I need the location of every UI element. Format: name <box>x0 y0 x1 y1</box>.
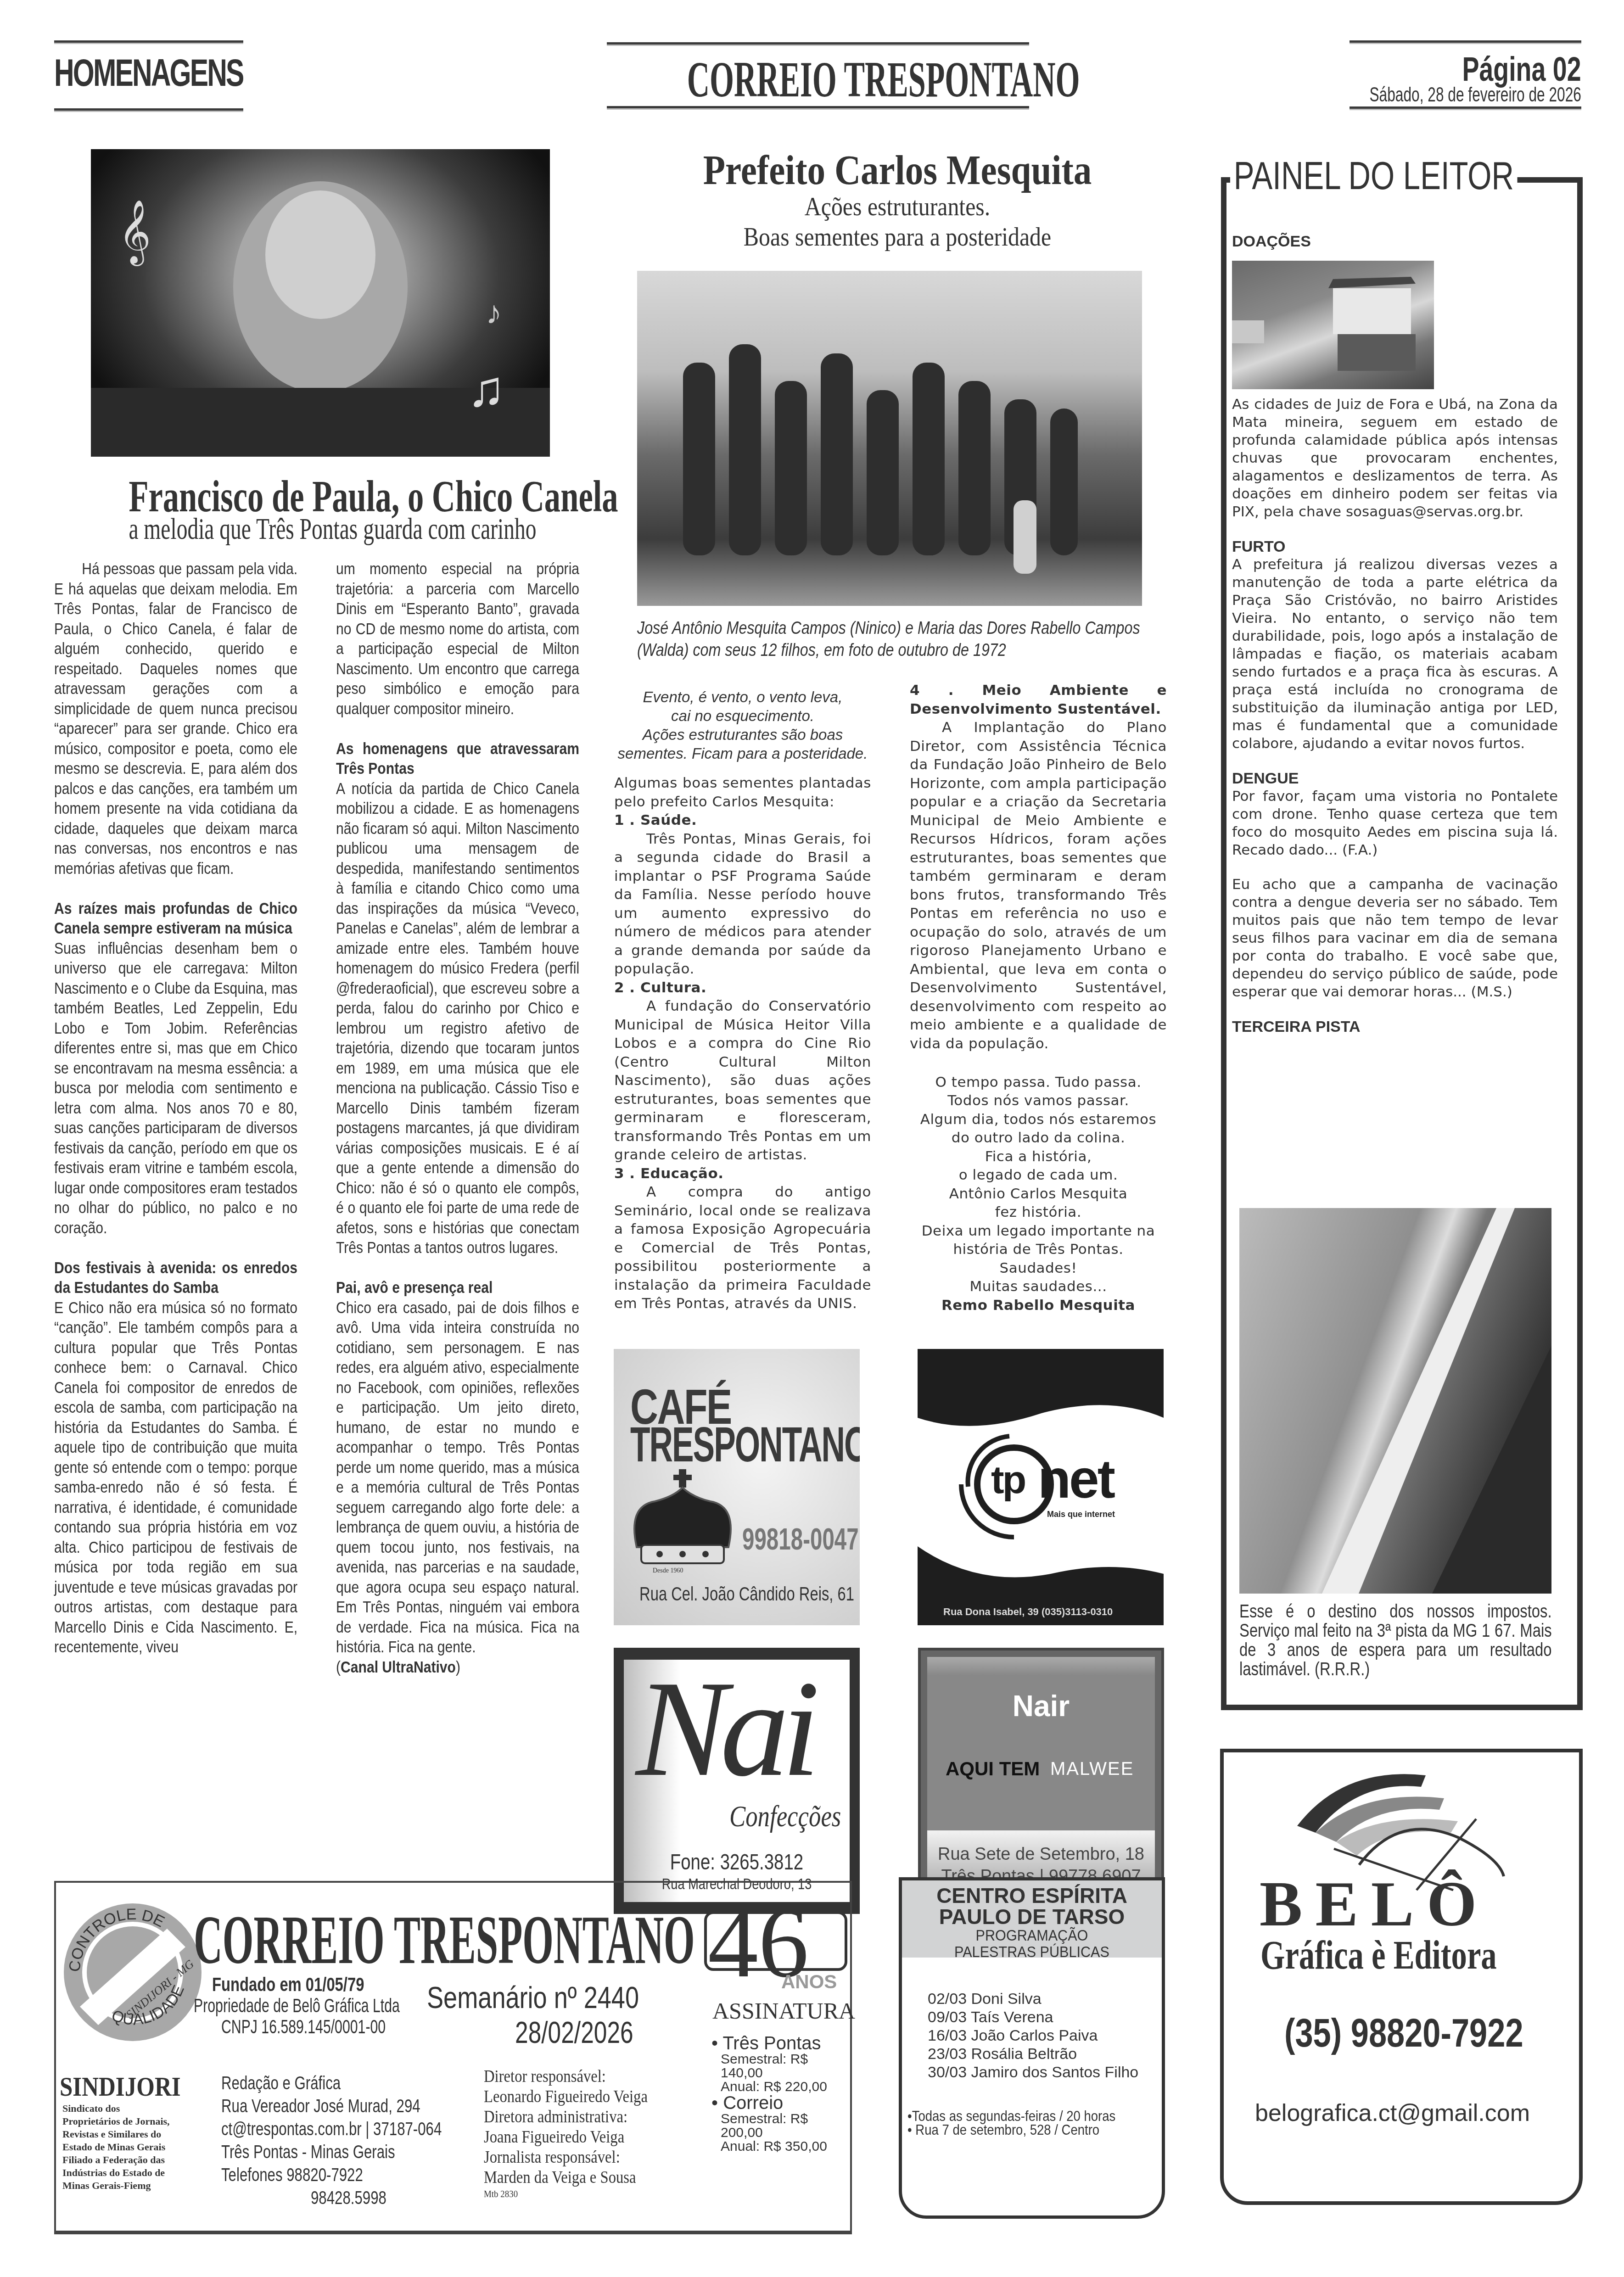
centro-subtitle-1: PROGRAMAÇÃO <box>915 1927 1148 1944</box>
schedule-item: 30/03 Jamiro dos Santos Filho <box>928 2063 1162 2081</box>
painel-text-terceira-pista: Esse é o destino dos nossos impostos. Se… <box>1239 1602 1552 1679</box>
nair-address: Rua Sete de Setembro, 18 <box>927 1830 1155 1865</box>
cafe-phone: 99818-0047 <box>742 1522 859 1556</box>
svg-text:♫: ♫ <box>467 361 505 417</box>
header-rule-center-bottom <box>607 106 1029 110</box>
painel-heading-doacoes: DOAÇÕES <box>1232 232 1558 251</box>
chico-subheading: Pai, avô e presença real <box>336 1278 579 1298</box>
mesquita-family-photo <box>637 271 1142 606</box>
expediente-masthead: CORREIO TRESPONTANO <box>194 1906 695 1975</box>
centro-info: •Todas as segundas-feiras / 20 horas • R… <box>902 2081 1126 2137</box>
centro-schedule: 02/03 Doni Silva 09/03 Taís Verena 16/03… <box>902 1958 1162 2081</box>
chico-subheading: As homenagens que atravessaram Três Pont… <box>336 739 579 779</box>
mesquita-item-text: A compra do antigo Seminário, local onde… <box>614 1183 871 1313</box>
centro-title-2: PAULO DE TARSO <box>902 1906 1162 1927</box>
header-rule-center-top <box>607 42 1029 46</box>
chico-subheadline: a melodia que Três Pontas guarda com car… <box>129 513 512 545</box>
centro-title-1: CENTRO ESPÍRITA <box>902 1885 1162 1906</box>
mesquita-intro: Algumas boas sementes plantadas pelo pre… <box>614 774 871 811</box>
painel-heading-furto: FURTO <box>1232 537 1558 556</box>
mesquita-subtitle-1: Ações estruturantes. <box>651 192 1144 221</box>
ad-nair[interactable]: Nair AQUI TEM MALWEE Rua Sete de Setembr… <box>918 1648 1164 1914</box>
ad-cafe-trespontano[interactable]: CAFÉ TRESPONTANO Desde 1960 99818-0047 R… <box>614 1349 860 1625</box>
mesquita-headline: Prefeito Carlos Mesquita <box>651 147 1144 193</box>
mesquita-item-title: 4 . Meio Ambiente e Desenvolvimento Sust… <box>910 681 1167 718</box>
mesquita-item-text: Três Pontas, Minas Gerais, foi a segunda… <box>614 830 871 979</box>
expediente-issue: Semanário nº 2440 <box>427 1980 639 2015</box>
mesquita-item-title: 1 . Saúde. <box>614 811 871 830</box>
expediente-staff: Diretor responsável: Leonardo Figueiredo… <box>484 2066 648 2200</box>
centro-espirita-box: CENTRO ESPÍRITA PAULO DE TARSO PROGRAMAÇ… <box>899 1877 1165 2219</box>
nair-brand: Nair <box>927 1689 1155 1723</box>
road-photo <box>1239 1208 1551 1594</box>
mesquita-item-text: A Implantação do Plano Diretor, com Assi… <box>910 718 1167 1053</box>
expediente-email[interactable]: ct@trespontas.com.br | 37187-064 <box>221 2118 442 2141</box>
mesquita-quote: Evento, é vento, o vento leva, cai no es… <box>614 688 871 763</box>
painel-text-furto: A prefeitura já realizou diversas vezes … <box>1232 556 1558 753</box>
chico-column-1: Há pessoas que passam pela vida. E há aq… <box>54 559 297 1657</box>
credit-source: Canal UltraNativo <box>341 1658 456 1676</box>
header-rule-right-bottom <box>1350 106 1581 110</box>
anniversary-label: ANOS <box>781 1971 837 1993</box>
schedule-item: 02/03 Doni Silva <box>928 1990 1162 2008</box>
expediente-address: Redação e Gráfica Rua Vereador José Mura… <box>221 2072 442 2210</box>
section-title: HOMENAGENS <box>54 50 243 95</box>
painel-heading-dengue: DENGUE <box>1232 769 1558 788</box>
ad-tpnet[interactable]: tp net Mais que internet Rua Dona Isabel… <box>918 1349 1164 1625</box>
sindijori-description: Sindicato dos Proprietários de Jornais, … <box>62 2102 170 2192</box>
cafe-address: Rua Cel. João Cândido Reis, 61 <box>639 1583 854 1605</box>
chico-column-2: um momento especial na própria trajetóri… <box>336 559 579 1677</box>
chico-canela-photo: 𝄞 ♫ ♪ <box>91 149 550 457</box>
ad-nai-confeccoes[interactable]: Nai Confecções Fone: 3265.3812 Rua Marec… <box>614 1648 860 1914</box>
expediente-issue-date: 28/02/2026 <box>515 2015 633 2050</box>
chico-paragraph: Chico era casado, pai de dois filhos e a… <box>336 1298 579 1657</box>
mesquita-photo-caption: José Antônio Mesquita Campos (Ninico) e … <box>637 617 1141 661</box>
expediente-box: CONTROLE DE QUALIDADE SINDIJORI - MG COR… <box>54 1881 852 2234</box>
tpnet-address: Rua Dona Isabel, 39 (035)3113-0310 <box>943 1606 1113 1618</box>
belo-email[interactable]: belografica.ct@gmail.com <box>1255 2099 1530 2127</box>
edition-date: Sábado, 28 de fevereiro de 2026 <box>1370 84 1581 106</box>
chico-paragraph: um momento especial na própria trajetóri… <box>336 559 579 719</box>
sindijori-title: SINDIJORI <box>60 2071 181 2103</box>
belo-phone: (35) 98820-7922 <box>1284 2009 1523 2056</box>
painel-heading-terceira-pista: TERCEIRA PISTA <box>1232 1018 1558 1036</box>
svg-text:♪: ♪ <box>486 295 502 330</box>
tpnet-tagline: Mais que internet <box>1047 1510 1115 1519</box>
chico-paragraph: A notícia da partida de Chico Canela mob… <box>336 779 579 1258</box>
expediente-mtb: Mtb 2830 <box>484 2187 648 2200</box>
expediente-phone: Telefones 98820-7922 <box>221 2164 442 2187</box>
painel-text-doacoes: As cidades de Juiz de Fora e Ubá, na Zon… <box>1232 396 1558 521</box>
chico-paragraph: Suas influências desenham bem o universo… <box>54 939 297 1238</box>
svg-text:Desde 1960: Desde 1960 <box>653 1567 683 1574</box>
tpnet-logo-net: net <box>1038 1448 1114 1511</box>
painel-text-dengue-1: Por favor, façam uma vistoria no Pontale… <box>1232 788 1558 859</box>
painel-title: PAINEL DO LEITOR <box>1230 153 1518 199</box>
painel-content: DOAÇÕES As cidades de Juiz de Fora e Ubá… <box>1232 232 1558 1036</box>
mesquita-column-1: Algumas boas sementes plantadas pelo pre… <box>614 774 871 1313</box>
nai-subtitle: Confecções <box>729 1799 841 1834</box>
schedule-item: 23/03 Rosália Beltrão <box>928 2045 1162 2063</box>
mesquita-subtitle-2: Boas sementes para a posteridade <box>651 222 1144 252</box>
mesquita-item-title: 3 . Educação. <box>614 1164 871 1183</box>
header-rule-left-bottom <box>54 108 243 112</box>
belo-subtitle: Gráfica è Editora <box>1260 1932 1497 1979</box>
mesquita-column-2: 4 . Meio Ambiente e Desenvolvimento Sust… <box>910 681 1167 1315</box>
expediente-phone-2: 98428.5998 <box>221 2187 442 2210</box>
subscription-group: • Correio <box>711 2094 850 2112</box>
crown-icon: Desde 1960 <box>627 1469 738 1575</box>
nai-phone: Fone: 3265.3812 <box>646 1850 827 1875</box>
quality-seal-icon: CONTROLE DE QUALIDADE SINDIJORI - MG <box>62 1901 204 2043</box>
schedule-item: 09/03 Taís Verena <box>928 2008 1162 2026</box>
nair-tagline: AQUI TEM <box>946 1758 1040 1780</box>
chico-subheading: As raízes mais profundas de Chico Canela… <box>54 899 297 939</box>
centro-subtitle-2: PALESTRAS PÚBLICAS <box>915 1944 1148 1960</box>
chico-credit: (Canal UltraNativo) <box>336 1657 579 1678</box>
chico-paragraph: E Chico não era música só no formato “ca… <box>54 1298 297 1657</box>
expediente-cnpj: CNPJ 16.589.145/0001-00 <box>221 2016 386 2038</box>
mesquita-item-text: A fundação do Conservatório Municipal de… <box>614 997 871 1164</box>
expediente-owner: Propriedade de Belô Gráfica Ltda <box>194 1995 400 2017</box>
belo-grafica-ad[interactable]: BELÔ Gráfica è Editora (35) 98820-7922 b… <box>1220 1749 1583 2205</box>
nai-logo: Nai <box>636 1660 812 1797</box>
mesquita-item-title: 2 . Cultura. <box>614 979 871 997</box>
subscription-title: ASSINATURA <box>712 1997 855 2024</box>
flood-photo <box>1232 261 1434 389</box>
header-rule-right-top <box>1350 40 1581 44</box>
expediente-founded: Fundado em 01/05/79 <box>212 1974 364 1996</box>
header-rule-left-top <box>54 40 243 44</box>
mesquita-poem: O tempo passa. Tudo passa. Todos nós vam… <box>910 1073 1167 1315</box>
belo-logo: BELÔ <box>1260 1867 1490 1941</box>
subscription-group: • Três Pontas <box>711 2034 850 2053</box>
chico-subheading: Dos festivais à avenida: os enredos da E… <box>54 1258 297 1298</box>
tpnet-logo-tp: tp <box>991 1457 1025 1503</box>
mesquita-signature: Remo Rabello Mesquita <box>910 1296 1167 1315</box>
schedule-item: 16/03 João Carlos Paiva <box>928 2026 1162 2045</box>
chico-paragraph: Há pessoas que passam pela vida. E há aq… <box>54 559 297 878</box>
painel-text-dengue-2: Eu acho que a campanha de vacinação cont… <box>1232 876 1558 1001</box>
page-number: Página 02 <box>1462 50 1581 89</box>
music-notes-icon: 𝄞 ♫ ♪ <box>91 149 550 457</box>
malwee-logo: MALWEE <box>1050 1759 1134 1779</box>
masthead-title: CORREIO TRESPONTANO <box>687 50 949 109</box>
svg-text:𝄞: 𝄞 <box>118 201 151 266</box>
subscription-list: • Três Pontas Semestral: R$ 140,00 Anual… <box>711 2034 850 2154</box>
